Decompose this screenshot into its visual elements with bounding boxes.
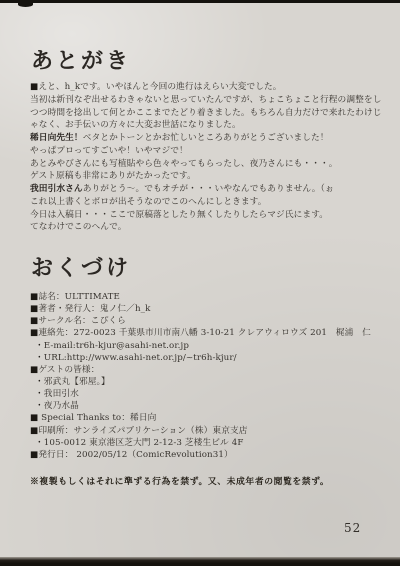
colophon-item-email: ・E-mail:tr6h-kjur@asahi-net.or.jp: [30, 340, 382, 352]
afterword-line: ゲスト原稿も非常にありがたかったです。: [30, 170, 382, 183]
scan-edge-bottom: [0, 557, 400, 566]
afterword-text: てなわけでこのへんで。: [30, 222, 127, 232]
afterword-line: つつ時間を捻出して何とかここまでたどり着きました。もちろん自力だけで来れたわけじ: [30, 107, 382, 120]
colophon-item-contact: ■連絡先：272-0023 千葉県市川市南八幡 3-10-21 クレアウィロウズ…: [30, 327, 382, 339]
colophon-item-guest: ・夜乃水晶: [30, 400, 382, 412]
colophon-item-printer: ■印刷所：サンライズパブリケーション（株）東京支店: [30, 425, 382, 437]
afterword-text: ゃなく、お手伝いの方々に大変お世話になりました。: [30, 120, 241, 130]
dot-bullet-icon: ・: [35, 389, 44, 399]
afterword-text: 当初は新刊なぞ出せるわきゃないと思っていたんですが、ちょこちょこと行程の調整をし: [30, 95, 382, 105]
colophon-text: サークル名：こぴくら: [38, 316, 126, 326]
afterword-line: 我田引水さんありがとう～。でもオチが・・・いやなんでもありません。（ぉ: [30, 183, 382, 196]
afterword-text: つつ時間を捻出して何とかここまでたどり着きました。もちろん自力だけで来れたわけじ: [30, 108, 382, 118]
afterword-bold-text: 稀日向先生！: [30, 133, 83, 143]
colophon-text: ゲストの皆様：: [38, 365, 99, 375]
colophon-heading: おくづけ: [31, 251, 131, 282]
dot-bullet-icon: ・: [35, 341, 44, 351]
colophon-text: Special Thanks to：稀日向: [38, 413, 156, 423]
colophon-text: 夜乃水晶: [44, 401, 79, 411]
afterword-line: あとみやびさんにも写植貼やら色々やってもらったし、夜乃さんにも・・・。: [30, 158, 382, 171]
afterword-text: ゲスト原稿も非常にありがたかったです。: [30, 171, 196, 181]
afterword-text: ありがとう～。でもオチが・・・いやなんでもありません。（ぉ: [83, 184, 334, 194]
afterword-text: えと、h_kです。いやほんと今回の進行はえらい大変でした。: [38, 82, 281, 92]
afterword-line: ゃなく、お手伝いの方々に大変お世話になりました。: [30, 119, 382, 132]
afterword-line: これ以上書くとボロが出そうなのでこのへんにしときます。: [30, 196, 382, 209]
afterword-line: 当初は新刊なぞ出せるわきゃないと思っていたんですが、ちょこちょこと行程の調整をし: [30, 94, 382, 107]
colophon-item-printer-address: ・105-0012 東京港区芝大門 2-12-3 芝楼生ビル 4F: [30, 437, 382, 449]
afterword-text: あとみやびさんにも写植貼やら色々やってもらったし、夜乃さんにも・・・。: [30, 159, 338, 169]
colophon-text: 発行日： 2002/05/12（ComicRevolution31）: [38, 450, 232, 460]
afterword-text: 今日は入稿日・・・ここで原稿落としたり無くしたりしたらマジ氏にます。: [30, 210, 328, 220]
colophon-text: 連絡先：272-0023 千葉県市川市南八幡 3-10-21 クレアウィロウズ …: [38, 328, 371, 338]
colophon-item-title: ■誌名：ULTTIMATE: [30, 291, 382, 303]
scan-edge-top: [0, 0, 400, 3]
afterword-line: ■えと、h_kです。いやほんと今回の進行はえらい大変でした。: [30, 81, 382, 94]
dot-bullet-icon: ・: [35, 377, 44, 387]
colophon-text: 著者・発行人：鬼ノ仁／h_k: [38, 304, 150, 314]
colophon-text: URL:http://www.asahi-net.or.jp/~tr6h-kju…: [44, 353, 237, 363]
colophon-list: ■誌名：ULTTIMATE ■著者・発行人：鬼ノ仁／h_k ■サークル名：こぴく…: [30, 291, 382, 461]
afterword-heading: あとがき: [31, 44, 131, 75]
colophon-text: 邪武丸【邪屋。】: [44, 377, 110, 387]
colophon-text: 印刷所：サンライズパブリケーション（株）東京支店: [38, 426, 247, 436]
afterword-text: ベタとかトーンとかお忙しいところありがとうございました！: [83, 133, 329, 143]
colophon-item-guest: ・邪武丸【邪屋。】: [30, 376, 382, 388]
afterword-text: やっぱプロってすごいや！いやマジで！: [30, 146, 188, 156]
scanned-doujinshi-page: あとがき ■えと、h_kです。いやほんと今回の進行はえらい大変でした。 当初は新…: [0, 0, 400, 566]
dot-bullet-icon: ・: [35, 438, 44, 448]
afterword-line: やっぱプロってすごいや！いやマジで！: [30, 145, 382, 158]
afterword-bold-text: 我田引水さん: [30, 184, 83, 194]
colophon-item-special-thanks: ■ Special Thanks to：稀日向: [30, 412, 382, 424]
scan-artifact-blob: [18, 2, 33, 7]
afterword-text-block: ■えと、h_kです。いやほんと今回の進行はえらい大変でした。 当初は新刊なぞ出せ…: [30, 81, 382, 234]
colophon-text: 誌名：ULTTIMATE: [38, 292, 120, 302]
colophon-item-publish-date: ■発行日： 2002/05/12（ComicRevolution31）: [30, 449, 382, 461]
colophon-item-guest: ・我田引水: [30, 388, 382, 400]
colophon-text: 105-0012 東京港区芝大門 2-12-3 芝楼生ビル 4F: [44, 438, 244, 448]
colophon-item-url: ・URL:http://www.asahi-net.or.jp/~tr6h-kj…: [30, 352, 382, 364]
colophon-item-author: ■著者・発行人：鬼ノ仁／h_k: [30, 303, 382, 315]
colophon-text: 我田引水: [44, 389, 79, 399]
afterword-line: 今日は入稿日・・・ここで原稿落としたり無くしたりしたらマジ氏にます。: [30, 209, 382, 222]
dot-bullet-icon: ・: [35, 353, 44, 363]
afterword-text: これ以上書くとボロが出そうなのでこのへんにしときます。: [30, 197, 267, 207]
dot-bullet-icon: ・: [35, 401, 44, 411]
colophon-item-circle: ■サークル名：こぴくら: [30, 315, 382, 327]
copy-prohibition-notice: ※複製もしくはそれに準ずる行為を禁ず。又、未成年者の閲覧を禁ず。: [30, 474, 382, 487]
colophon-item-guests-label: ■ゲストの皆様：: [30, 364, 382, 376]
afterword-line: 稀日向先生！ベタとかトーンとかお忙しいところありがとうございました！: [30, 132, 382, 145]
afterword-line: てなわけでこのへんで。: [30, 221, 382, 234]
colophon-text: E-mail:tr6h-kjur@asahi-net.or.jp: [44, 341, 189, 351]
page-number: 52: [344, 521, 361, 535]
